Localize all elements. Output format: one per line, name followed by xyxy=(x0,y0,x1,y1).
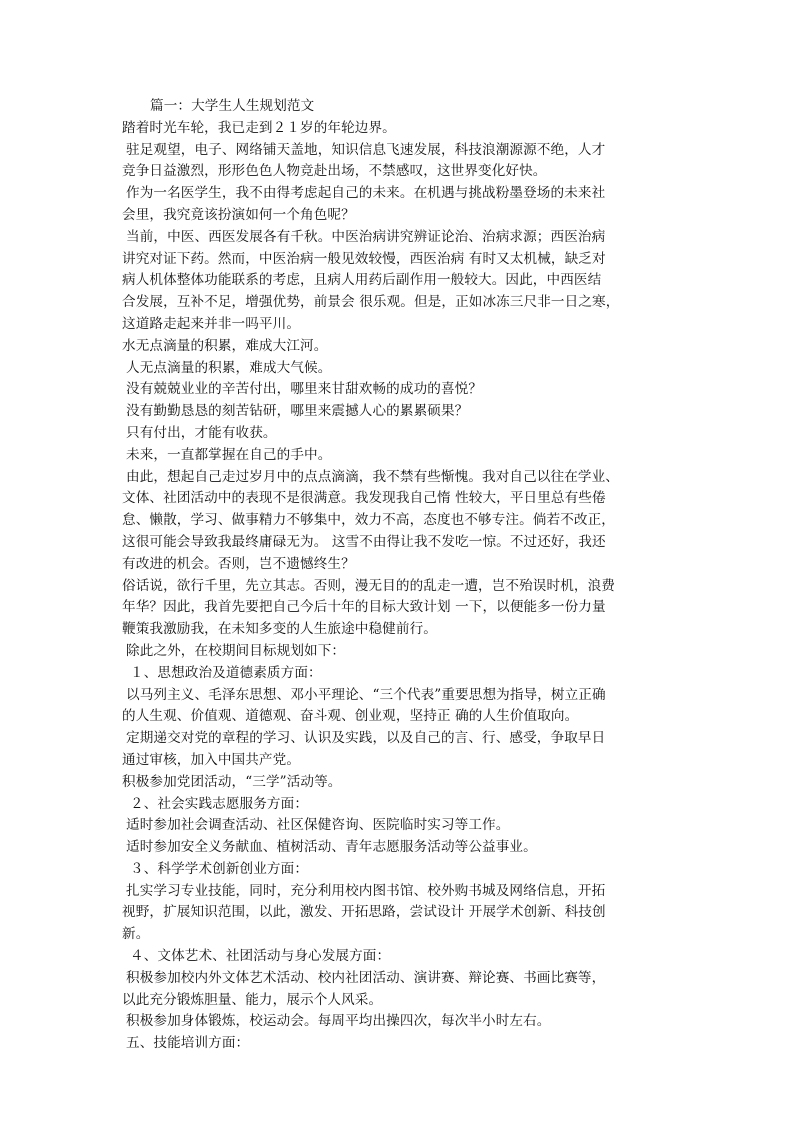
paragraph-line: 扎实学习专业技能，同时，充分利用校内图书馆、校外购书城及网络信息，开拓 xyxy=(122,881,678,903)
paragraph-line: 这很可能会导致我最终庸碌无为。 这雪不由得让我不发吃一惊。不过还好，我还 xyxy=(122,532,678,554)
paragraph-line: 只有付出，才能有收获。 xyxy=(122,423,678,445)
paragraph-line: 当前，中医、西医发展各有千秋。中医治病讲究辨证论治、治病求源；西医治病 xyxy=(122,227,678,249)
document-body: 踏着时光车轮，我已走到２１岁的年轮边界。驻足观望，电子、网络铺天盖地，知识信息飞… xyxy=(122,118,678,1055)
document-title: 篇一：大学生人生规划范文 xyxy=(122,96,678,118)
paragraph-line: 怠、懒散，学习、做事精力不够集中，效力不高，态度也不够专注。倘若不改正， xyxy=(122,510,678,532)
paragraph-line: 积极参加党团活动，“三学”活动等。 xyxy=(122,772,678,794)
paragraph-line: 水无点滴量的积累，难成大江河。 xyxy=(122,336,678,358)
paragraph-line: 驻足观望，电子、网络铺天盖地，知识信息飞速发展，科技浪潮源源不绝，人才 xyxy=(122,140,678,162)
paragraph-line: 这道路走起来并非一吗平川。 xyxy=(122,314,678,336)
paragraph-line: 会里，我究竟该扮演如何一个角色呢？ xyxy=(122,205,678,227)
paragraph-line: 新。 xyxy=(122,924,678,946)
paragraph-line: 五、技能培训方面： xyxy=(122,1033,678,1055)
paragraph-line: 视野，扩展知识范围，以此，激发、开拓思路，尝试设计 开展学术创新、科技创 xyxy=(122,902,678,924)
paragraph-line: 俗话说，欲行千里，先立其志。否则，漫无目的的乱走一遭，岂不殆误时机，浪费 xyxy=(122,576,678,598)
paragraph-line: 由此，想起自己走过岁月中的点点滴滴，我不禁有些惭愧。我对自己以往在学业、 xyxy=(122,467,678,489)
paragraph-line: 合发展，互补不足，增强优势，前景会 很乐观。但是，正如冰冻三尺非一日之寒， xyxy=(122,292,678,314)
paragraph-line: 以马列主义、毛泽东思想、邓小平理论、“三个代表”重要思想为指导，树立正确 xyxy=(122,685,678,707)
paragraph-line: 没有勤勤恳恳的刻苦钻研，哪里来震撼人心的累累硕果？ xyxy=(122,401,678,423)
paragraph-line: 适时参加社会调查活动、社区保健咨询、医院临时实习等工作。 xyxy=(122,815,678,837)
paragraph-line: 鞭策我激励我，在未知多变的人生旅途中稳健前行。 xyxy=(122,619,678,641)
paragraph-line: ４、文体艺术、社团活动与身心发展方面： xyxy=(122,946,678,968)
paragraph-line: 作为一名医学生，我不由得考虑起自己的未来。在机遇与挑战粉墨登场的未来社 xyxy=(122,183,678,205)
paragraph-line: 竞争日益激烈，形形色色人物竞赴出场，不禁感叹，这世界变化好快。 xyxy=(122,161,678,183)
paragraph-line: 讲究对证下药。然而，中医治病一般见效较慢，西医治病 有时又太机械，缺乏对 xyxy=(122,249,678,271)
paragraph-line: 文体、社团活动中的表现不是很满意。我发现我自己惰 性较大，平日里总有些倦 xyxy=(122,488,678,510)
paragraph-line: 有改进的机会。否则，岂不遗憾终生？ xyxy=(122,554,678,576)
paragraph-line: １、思想政治及道德素质方面： xyxy=(122,663,678,685)
paragraph-line: 病人机体整体功能联系的考虑，且病人用药后副作用一般较大。因此，中西医结 xyxy=(122,270,678,292)
paragraph-line: 积极参加校内外文体艺术活动、校内社团活动、演讲赛、辩论赛、书画比赛等， xyxy=(122,968,678,990)
paragraph-line: 以此充分锻炼胆量、能力，展示个人风采。 xyxy=(122,990,678,1012)
paragraph-line: ３、科学学术创新创业方面： xyxy=(122,859,678,881)
paragraph-line: 年华？因此，我首先要把自己今后十年的目标大致计划 一下，以便能多一份力量 xyxy=(122,597,678,619)
paragraph-line: 踏着时光车轮，我已走到２１岁的年轮边界。 xyxy=(122,118,678,140)
paragraph-line: 的人生观、价值观、道德观、奋斗观、创业观，坚持正 确的人生价值取向。 xyxy=(122,706,678,728)
paragraph-line: 没有兢兢业业的辛苦付出，哪里来甘甜欢畅的成功的喜悦？ xyxy=(122,379,678,401)
document-page: 篇一：大学生人生规划范文 踏着时光车轮，我已走到２１岁的年轮边界。驻足观望，电子… xyxy=(122,96,678,1055)
paragraph-line: 通过审核，加入中国共产党。 xyxy=(122,750,678,772)
paragraph-line: 积极参加身体锻炼，校运动会。每周平均出操四次，每次半小时左右。 xyxy=(122,1011,678,1033)
paragraph-line: ２、社会实践志愿服务方面： xyxy=(122,794,678,816)
paragraph-line: 除此之外，在校期间目标规划如下： xyxy=(122,641,678,663)
paragraph-line: 人无点滴量的积累，难成大气候。 xyxy=(122,358,678,380)
paragraph-line: 定期递交对党的章程的学习、认识及实践，以及自己的言、行、感受，争取早日 xyxy=(122,728,678,750)
paragraph-line: 适时参加安全义务献血、植树活动、青年志愿服务活动等公益事业。 xyxy=(122,837,678,859)
paragraph-line: 未来，一直都掌握在自己的手中。 xyxy=(122,445,678,467)
